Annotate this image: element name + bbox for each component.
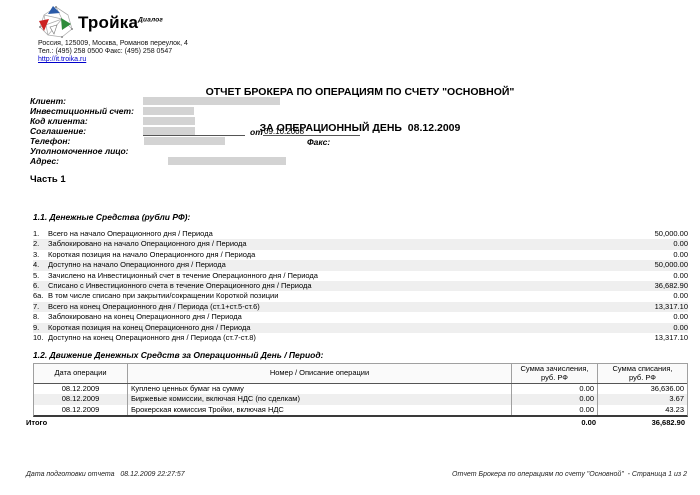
cash-row: 1.Всего на начало Операционного дня / Пе…	[33, 229, 688, 239]
cash-row: 5.Зачислено на Инвестиционный счет в теч…	[33, 271, 688, 281]
row-value: 0.00	[673, 291, 688, 301]
troika-dialog-logo-icon	[36, 5, 76, 41]
row-label: Зачислено на Инвестиционный счет в течен…	[48, 271, 673, 281]
broker-report-page: ТройкаДиалог Россия, 125009, Москва, Ром…	[0, 0, 700, 495]
cell-debit: 43.23	[598, 405, 687, 415]
cell-credit: 0.00	[512, 405, 598, 415]
cell-credit: 0.00	[512, 384, 598, 394]
row-number: 10.	[33, 333, 48, 343]
cash-row: 8.Заблокировано на конец Операционного д…	[33, 312, 688, 322]
row-value: 0.00	[673, 250, 688, 260]
row-label: Доступно на конец Операционного дня / Пе…	[48, 333, 655, 343]
brand-suffix: Диалог	[138, 16, 163, 23]
table-total-row: Итого 0.00 36,682.90	[26, 417, 688, 428]
col-header-date: Дата операции	[34, 364, 128, 383]
cash-row: 6а.В том числе списано при закрытии/сокр…	[33, 291, 688, 301]
invest-account-value-redacted	[143, 107, 194, 115]
cash-row: 10.Доступно на конец Операционного дня /…	[33, 333, 688, 343]
cash-row: 3.Короткая позиция на начало Операционно…	[33, 250, 688, 260]
brand-name: ТройкаДиалог	[78, 13, 163, 33]
report-title-line2: ЗА ОПЕРАЦИОННЫЙ ДЕНЬ 08.12.2009	[20, 122, 700, 134]
label-fax: Факс:	[307, 137, 330, 147]
cash-row: 6.Списано с Инвестиционного счета в тече…	[33, 281, 688, 291]
label-authorized-person: Уполномоченное лицо:	[30, 146, 129, 156]
cell-credit: 0.00	[512, 394, 598, 404]
label-invest-account: Инвестиционный счет:	[30, 106, 134, 116]
cash-row: 2.Заблокировано на начало Операционного …	[33, 239, 688, 249]
table-row: 08.12.2009 Брокерская комиссия Тройки, в…	[34, 405, 687, 415]
row-number: 3.	[33, 250, 48, 260]
cell-date: 08.12.2009	[34, 394, 128, 404]
cell-description: Брокерская комиссия Тройки, включая НДС	[128, 405, 512, 415]
row-number: 2.	[33, 239, 48, 249]
row-number: 7.	[33, 302, 48, 312]
total-debit: 36,682.90	[599, 417, 688, 428]
label-client: Клиент:	[30, 96, 66, 106]
part-heading: Часть 1	[30, 174, 66, 185]
cell-date: 08.12.2009	[34, 405, 128, 415]
total-label: Итого	[26, 417, 513, 428]
row-value: 0.00	[673, 271, 688, 281]
cash-movements-table: Дата операции Номер / Описание операции …	[33, 363, 688, 417]
row-label: Списано с Инвестиционного счета в течени…	[48, 281, 655, 291]
section-1-2-heading: 1.2. Движение Денежных Средств за Операц…	[33, 350, 323, 360]
client-value-redacted	[143, 97, 280, 105]
row-value: 13,317.10	[655, 333, 688, 343]
table-row: 08.12.2009 Куплено ценных бумаг на сумму…	[34, 384, 687, 394]
label-address: Адрес:	[30, 156, 59, 166]
label-client-code: Код клиента:	[30, 116, 88, 126]
agreement-date-underline	[263, 135, 360, 136]
cash-summary-list: 1.Всего на начало Операционного дня / Пе…	[33, 229, 688, 343]
company-address: Россия, 125009, Москва, Романов переулок…	[38, 40, 188, 47]
cash-row: 7.Всего на конец Операционного дня / Пер…	[33, 302, 688, 312]
row-label: Заблокировано на конец Операционного дня…	[48, 312, 673, 322]
label-phone: Телефон:	[30, 136, 70, 146]
label-agreement: Соглашение:	[30, 126, 86, 136]
row-label: В том числе списано при закрытии/сокраще…	[48, 291, 673, 301]
client-code-value-redacted	[143, 117, 195, 125]
row-label: Всего на начало Операционного дня / Пери…	[48, 229, 655, 239]
col-header-debit: Сумма списания, руб. РФ	[598, 364, 687, 383]
row-value: 50,000.00	[655, 260, 688, 270]
agreement-underline	[143, 135, 245, 136]
col-header-credit: Сумма зачисления, руб. РФ	[512, 364, 598, 383]
cell-date: 08.12.2009	[34, 384, 128, 394]
row-value: 0.00	[673, 239, 688, 249]
footer-page-info: Отчет Брокера по операциям по счету "Осн…	[452, 471, 687, 478]
total-credit: 0.00	[513, 417, 599, 428]
row-value: 0.00	[673, 323, 688, 333]
cell-debit: 36,636.00	[598, 384, 687, 394]
row-label: Всего на конец Операционного дня / Перио…	[48, 302, 655, 312]
address-value-redacted	[168, 157, 286, 165]
cash-row: 4.Доступно на начало Операционного дня /…	[33, 260, 688, 270]
row-number: 6.	[33, 281, 48, 291]
row-value: 13,317.10	[655, 302, 688, 312]
agreement-date-prefix: от	[250, 127, 263, 137]
table-row: 08.12.2009 Биржевые комиссии, включая НД…	[34, 394, 687, 404]
company-phone-fax: Тел.: (495) 258 0500 Факс: (495) 258 054…	[38, 48, 172, 55]
row-value: 0.00	[673, 312, 688, 322]
col-header-description: Номер / Описание операции	[128, 364, 512, 383]
section-1-1-heading: 1.1. Денежные Средства (рубли РФ):	[33, 212, 190, 222]
row-label: Заблокировано на начало Операционного дн…	[48, 239, 673, 249]
table-body: 08.12.2009 Куплено ценных бумаг на сумму…	[34, 384, 687, 415]
cell-debit: 3.67	[598, 394, 687, 404]
row-number: 6а.	[33, 291, 48, 301]
row-value: 50,000.00	[655, 229, 688, 239]
agreement-value-redacted	[143, 127, 195, 135]
cell-description: Биржевые комиссии, включая НДС (по сделк…	[128, 394, 512, 404]
row-number: 9.	[33, 323, 48, 333]
row-number: 5.	[33, 271, 48, 281]
footer-report-date: Дата подготовки отчета 08.12.2009 22:27:…	[26, 471, 185, 478]
cash-row: 9.Короткая позиция на конец Операционног…	[33, 323, 688, 333]
row-number: 4.	[33, 260, 48, 270]
row-value: 36,682.90	[655, 281, 688, 291]
table-header-row: Дата операции Номер / Описание операции …	[34, 364, 687, 384]
row-number: 1.	[33, 229, 48, 239]
row-label: Короткая позиция на конец Операционного …	[48, 323, 673, 333]
cell-description: Куплено ценных бумаг на сумму	[128, 384, 512, 394]
phone-value-redacted	[144, 137, 225, 145]
row-number: 8.	[33, 312, 48, 322]
row-label: Короткая позиция на начало Операционного…	[48, 250, 673, 260]
report-title-line1: ОТЧЕТ БРОКЕРА ПО ОПЕРАЦИЯМ ПО СЧЕТУ "ОСН…	[20, 86, 700, 98]
row-label: Доступно на начало Операционного дня / П…	[48, 260, 655, 270]
